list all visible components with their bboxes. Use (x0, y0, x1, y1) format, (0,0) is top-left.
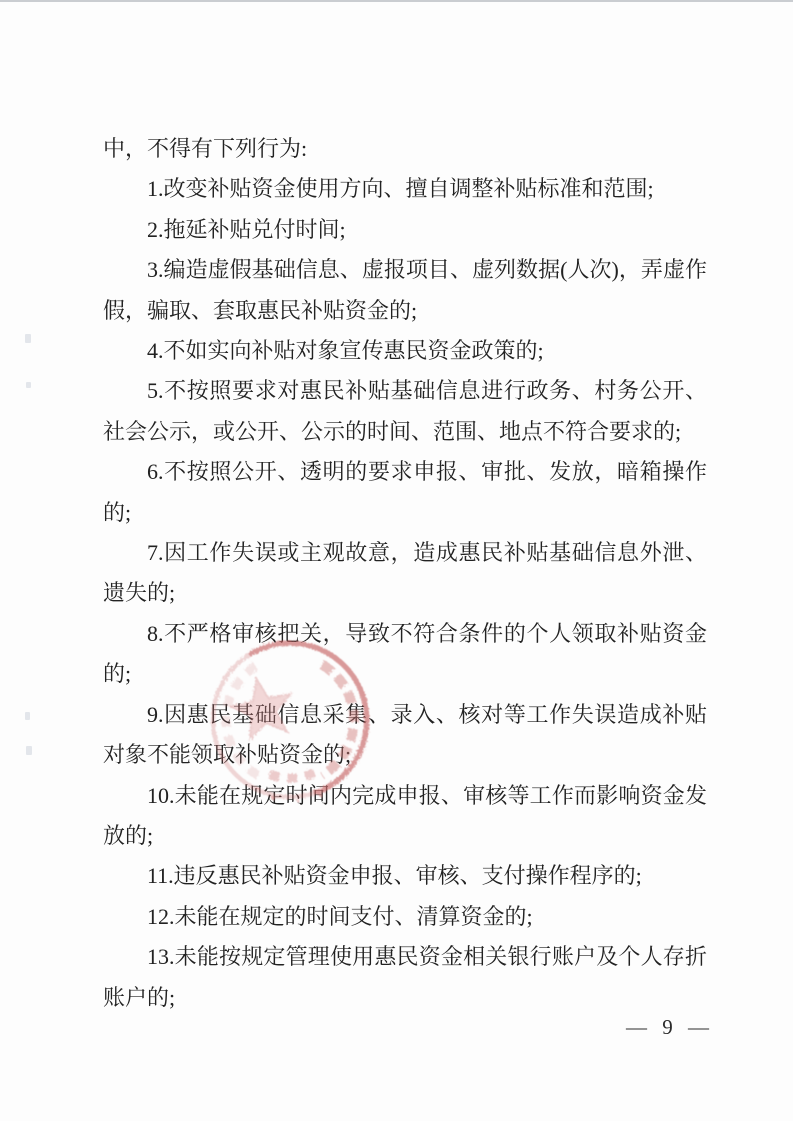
list-item-13: 13.未能按规定管理使用惠民资金相关银行账户及个人存折账户的; (103, 937, 707, 1018)
list-item-1: 1.改变补贴资金使用方向、擅自调整补贴标准和范围; (103, 169, 707, 209)
list-item-12: 12.未能在规定的时间支付、清算资金的; (103, 897, 707, 937)
list-item-2: 2.拖延补贴兑付时间; (103, 210, 707, 250)
list-item-5: 5.不按照要求对惠民补贴基础信息进行政务、村务公开、社会公示，或公开、公示的时间… (103, 371, 707, 452)
document-body: 中，不得有下列行为: 1.改变补贴资金使用方向、擅自调整补贴标准和范围; 2.拖… (103, 129, 707, 1018)
list-item-10: 10.未能在规定时间内完成申报、审核等工作而影响资金发放的; (103, 776, 707, 857)
list-item-3: 3.编造虚假基础信息、虚报项目、虚列数据(人次)，弄虚作假，骗取、套取惠民补贴资… (103, 250, 707, 331)
list-item-4: 4.不如实向补贴对象宣传惠民资金政策的; (103, 331, 707, 371)
page-number: — 9 — (626, 1015, 711, 1040)
intro-continuation-line: 中，不得有下列行为: (103, 129, 707, 169)
scan-speck (26, 746, 32, 755)
scan-speck (25, 712, 30, 720)
list-item-8: 8.不严格审核把关，导致不符合条件的个人领取补贴资金的; (103, 614, 707, 695)
scan-edge-line (0, 0, 793, 2)
list-item-9: 9.因惠民基础信息采集、录入、核对等工作失误造成补贴对象不能领取补贴资金的; (103, 695, 707, 776)
list-item-11: 11.违反惠民补贴资金申报、审核、支付操作程序的; (103, 856, 707, 896)
list-item-7: 7.因工作失误或主观故意，造成惠民补贴基础信息外泄、遗失的; (103, 533, 707, 614)
list-item-6: 6.不按照公开、透明的要求申报、审批、发放，暗箱操作的; (103, 452, 707, 533)
scan-speck (25, 334, 31, 343)
scan-speck (26, 382, 31, 388)
